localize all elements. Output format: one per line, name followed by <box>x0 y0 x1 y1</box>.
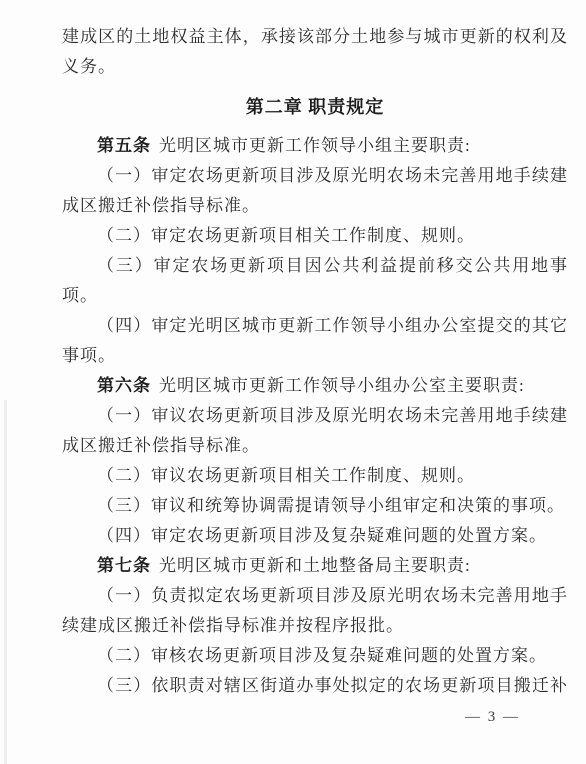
text-line: 项。 <box>62 281 568 311</box>
text-line: 第五条光明区城市更新工作领导小组主要职责: <box>62 131 568 161</box>
text-line: 续建成区搬迁补偿指导标准并按程序报批。 <box>62 611 568 641</box>
text-line: 第七条光明区城市更新和土地整备局主要职责: <box>62 551 568 581</box>
page-number: — 3 — <box>62 707 568 727</box>
text-line: （一）审议农场更新项目涉及原光明农场未完善用地手续建 <box>62 401 568 431</box>
document-page: 建成区的土地权益主体，承接该部分土地参与城市更新的权利及义务。第二章 职责规定第… <box>0 0 586 764</box>
chapter-heading: 第二章 职责规定 <box>62 92 568 122</box>
text-line: 建成区的土地权益主体，承接该部分土地参与城市更新的权利及 <box>62 22 568 52</box>
article-title-text: 光明区城市更新工作领导小组主要职责: <box>159 136 471 155</box>
text-line: （一）审定农场更新项目涉及原光明农场未完善用地手续建 <box>62 161 568 191</box>
article-number-label: 第五条 <box>97 136 151 155</box>
text-line: 事项。 <box>62 341 568 371</box>
text-line: （三）审议和统筹协调需提请领导小组审定和决策的事项。 <box>62 491 568 521</box>
article-number-label: 第六条 <box>97 376 151 395</box>
text-line: （一）负责拟定农场更新项目涉及原光明农场未完善用地手 <box>62 581 568 611</box>
text-line: （三）审定农场更新项目因公共利益提前移交公共用地事 <box>62 251 568 281</box>
text-line: （二）审定农场更新项目相关工作制度、规则。 <box>62 221 568 251</box>
text-line: （四）审定农场更新项目涉及复杂疑难问题的处置方案。 <box>62 521 568 551</box>
text-line: 成区搬迁补偿指导标准。 <box>62 431 568 461</box>
text-line: 义务。 <box>62 52 568 82</box>
article-title-text: 光明区城市更新工作领导小组办公室主要职责: <box>159 376 525 395</box>
article-title-text: 光明区城市更新和土地整备局主要职责: <box>159 556 471 575</box>
text-line: （二）审核农场更新项目涉及复杂疑难问题的处置方案。 <box>62 641 568 671</box>
text-line: （三）依职责对辖区街道办事处拟定的农场更新项目搬迁补 <box>62 671 568 701</box>
scan-edge-artifact <box>4 400 7 764</box>
text-line: 第六条光明区城市更新工作领导小组办公室主要职责: <box>62 371 568 401</box>
text-line: （二）审议农场更新项目相关工作制度、规则。 <box>62 461 568 491</box>
text-line: 成区搬迁补偿指导标准。 <box>62 191 568 221</box>
document-body: 建成区的土地权益主体，承接该部分土地参与城市更新的权利及义务。第二章 职责规定第… <box>62 0 568 727</box>
article-number-label: 第七条 <box>97 556 151 575</box>
text-line: （四）审定光明区城市更新工作领导小组办公室提交的其它 <box>62 311 568 341</box>
